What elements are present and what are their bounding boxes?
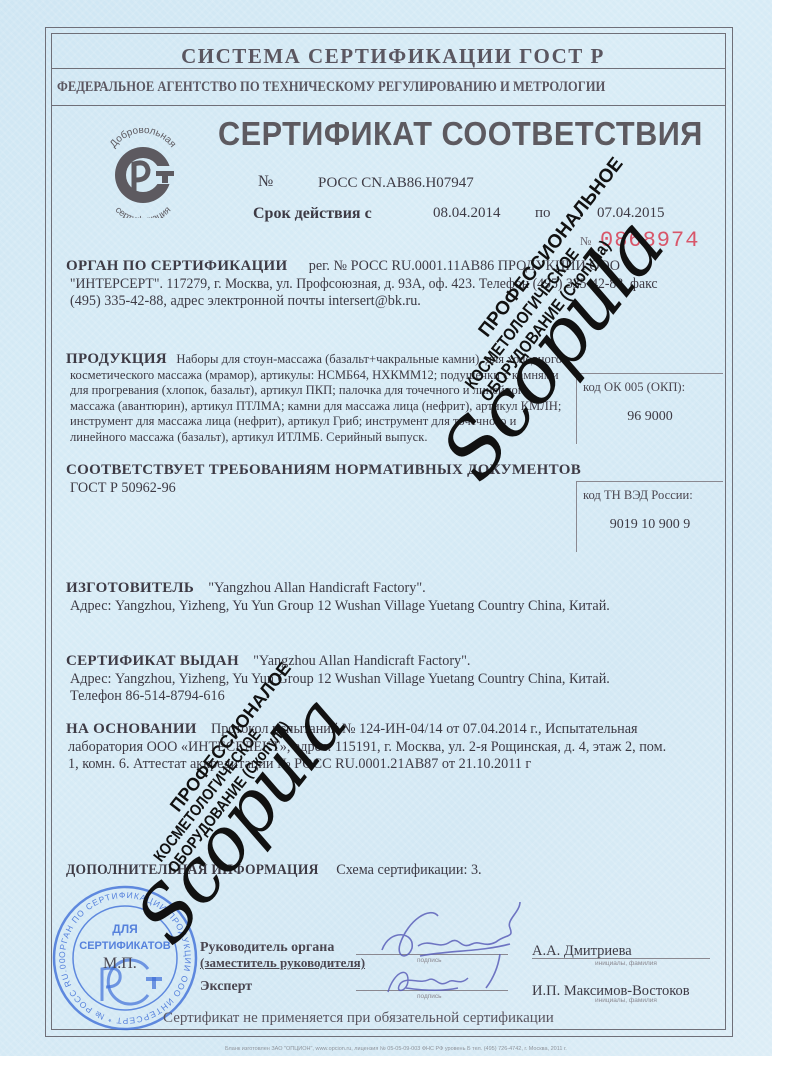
compliance-label: СООТВЕТСТВУЕТ ТРЕБОВАНИЯМ НОРМАТИВНЫХ ДО… [66, 462, 581, 480]
serial-prefix: № [580, 234, 591, 249]
manufacturer-address: Адрес: Yangzhou, Yizheng, Yu Yun Group 1… [66, 598, 610, 616]
products-section: ПРОДУКЦИЯ Наборы для стоун-массажа (база… [66, 352, 586, 446]
issued-to-address: Адрес: Yangzhou, Yizheng, Yu Yun Group 1… [66, 671, 610, 689]
products-line: Наборы для стоун-массажа (базальт+чакрал… [176, 352, 562, 366]
certification-body-label: ОРГАН ПО СЕРТИФИКАЦИИ [66, 258, 288, 274]
valid-to: 07.04.2015 [597, 205, 665, 222]
additional-info-label: ДОПОЛНИТЕЛЬНАЯ ИНФОРМАЦИЯ [66, 862, 319, 880]
basis-label: НА ОСНОВАНИИ [66, 721, 197, 737]
number-sign: № [258, 173, 273, 191]
head-name-line [532, 958, 710, 959]
certificate-number: РОСС CN.АВ86.Н07947 [318, 175, 474, 192]
serial-number: 0868974 [600, 228, 699, 253]
basis-line: лаборатория ООО «ИНТЕСЕЛЕКТ», адрес: 115… [66, 739, 726, 757]
validity-label: Срок действия с [253, 205, 372, 223]
okp-code-value: 96 9000 [577, 409, 723, 425]
products-line: массажа (авантюрин), артикул ПТЛМА; камн… [66, 399, 586, 415]
certification-body-line: "ИНТЕРСЕРТ". 117279, г. Москва, ул. Проф… [66, 276, 658, 294]
svg-text:ДЛЯ: ДЛЯ [112, 922, 138, 936]
expert-signature-line [356, 990, 508, 991]
agency-name: ФЕДЕРАЛЬНОЕ АГЕНТСТВО ПО ТЕХНИЧЕСКОМУ РЕ… [57, 78, 605, 96]
rst-logo-icon: Добровольная сертификация [98, 128, 188, 218]
additional-info-section: ДОПОЛНИТЕЛЬНАЯ ИНФОРМАЦИЯ Схема сертифик… [66, 862, 482, 880]
basis-section: НА ОСНОВАНИИ Протокол испытаний № 124-ИН… [66, 721, 726, 774]
certification-body: ОРГАН ПО СЕРТИФИКАЦИИ рег. № РОСС RU.000… [66, 258, 676, 311]
compliance-section: СООТВЕТСТВУЕТ ТРЕБОВАНИЯМ НОРМАТИВНЫХ ДО… [66, 462, 581, 497]
issued-to-label: СЕРТИФИКАТ ВЫДАН [66, 653, 239, 669]
okp-code-label: код ОК 005 (ОКП): [577, 374, 723, 395]
deputy-label: (заместитель руководителя) [200, 955, 365, 971]
head-label: Руководитель органа [200, 940, 334, 956]
system-title: СИСТЕМА СЕРТИФИКАЦИИ ГОСТ Р [0, 44, 786, 69]
svg-text:СЕРТИФИКАТОВ: СЕРТИФИКАТОВ [79, 940, 171, 952]
additional-info-value: Схема сертификации: 3. [336, 862, 481, 878]
expert-label: Эксперт [200, 979, 252, 995]
head-name-caption: инициалы, фамилия [595, 960, 657, 967]
head-sign-caption: подпись [417, 957, 442, 964]
svg-text:Добровольная: Добровольная [108, 128, 178, 150]
divider-header [51, 105, 726, 106]
products-line: линейного массажа (базальт), артикул ИТЛ… [66, 430, 586, 446]
compliance-standard: ГОСТ Р 50962-96 [66, 480, 581, 498]
head-signature-line [356, 954, 508, 955]
manufacturer-name: "Yangzhou Allan Handicraft Factory". [208, 580, 425, 596]
expert-sign-caption: подпись [417, 993, 442, 1000]
valid-to-label: по [535, 205, 551, 222]
tnved-code-value: 9019 10 900 9 [577, 517, 723, 533]
products-line: для прогревания (хлопок, базальт), артик… [66, 383, 586, 399]
footer-note: Сертификат не применяется при обязательн… [163, 1010, 554, 1027]
certification-body-line: рег. № РОСС RU.0001.11АВ86 ПРОДУКЦИИ ООО [309, 258, 620, 274]
issued-to-name: "Yangzhou Allan Handicraft Factory". [253, 653, 470, 669]
expert-name-caption: инициалы, фамилия [595, 997, 657, 1004]
products-label: ПРОДУКЦИЯ [66, 351, 167, 367]
tnved-code-box: код ТН ВЭД России: 9019 10 900 9 [576, 481, 723, 552]
seal-label: М.П. [103, 955, 137, 973]
tnved-code-label: код ТН ВЭД России: [577, 482, 723, 503]
issued-to-phone: Телефон 86-514-8794-616 [66, 688, 610, 706]
products-line: косметического массажа (мрамор), артикул… [66, 368, 586, 384]
issued-to-section: СЕРТИФИКАТ ВЫДАН "Yangzhou Allan Handicr… [66, 653, 610, 706]
valid-from: 08.04.2014 [433, 205, 501, 222]
basis-line: Протокол испытаний № 124-ИН-04/14 от 07.… [211, 721, 638, 737]
basis-line: 1, комн. 6. Аттестат аккредитации № РОСС… [66, 756, 726, 774]
okp-code-box: код ОК 005 (ОКП): 96 9000 [576, 373, 723, 444]
certification-body-line: (495) 335-42-88, адрес электронной почты… [66, 293, 676, 311]
certificate-title: СЕРТИФИКАТ СООТВЕТСТВИЯ [218, 115, 703, 153]
svg-text:сертификация: сертификация [113, 205, 173, 218]
manufacturer-section: ИЗГОТОВИТЕЛЬ "Yangzhou Allan Handicraft … [66, 580, 610, 615]
products-line: инструмент для массажа лица (нефрит), ар… [66, 414, 586, 430]
printer-info: Бланк изготовлен ЗАО "ОПЦИОН", www.opcio… [225, 1046, 567, 1052]
manufacturer-label: ИЗГОТОВИТЕЛЬ [66, 580, 194, 596]
